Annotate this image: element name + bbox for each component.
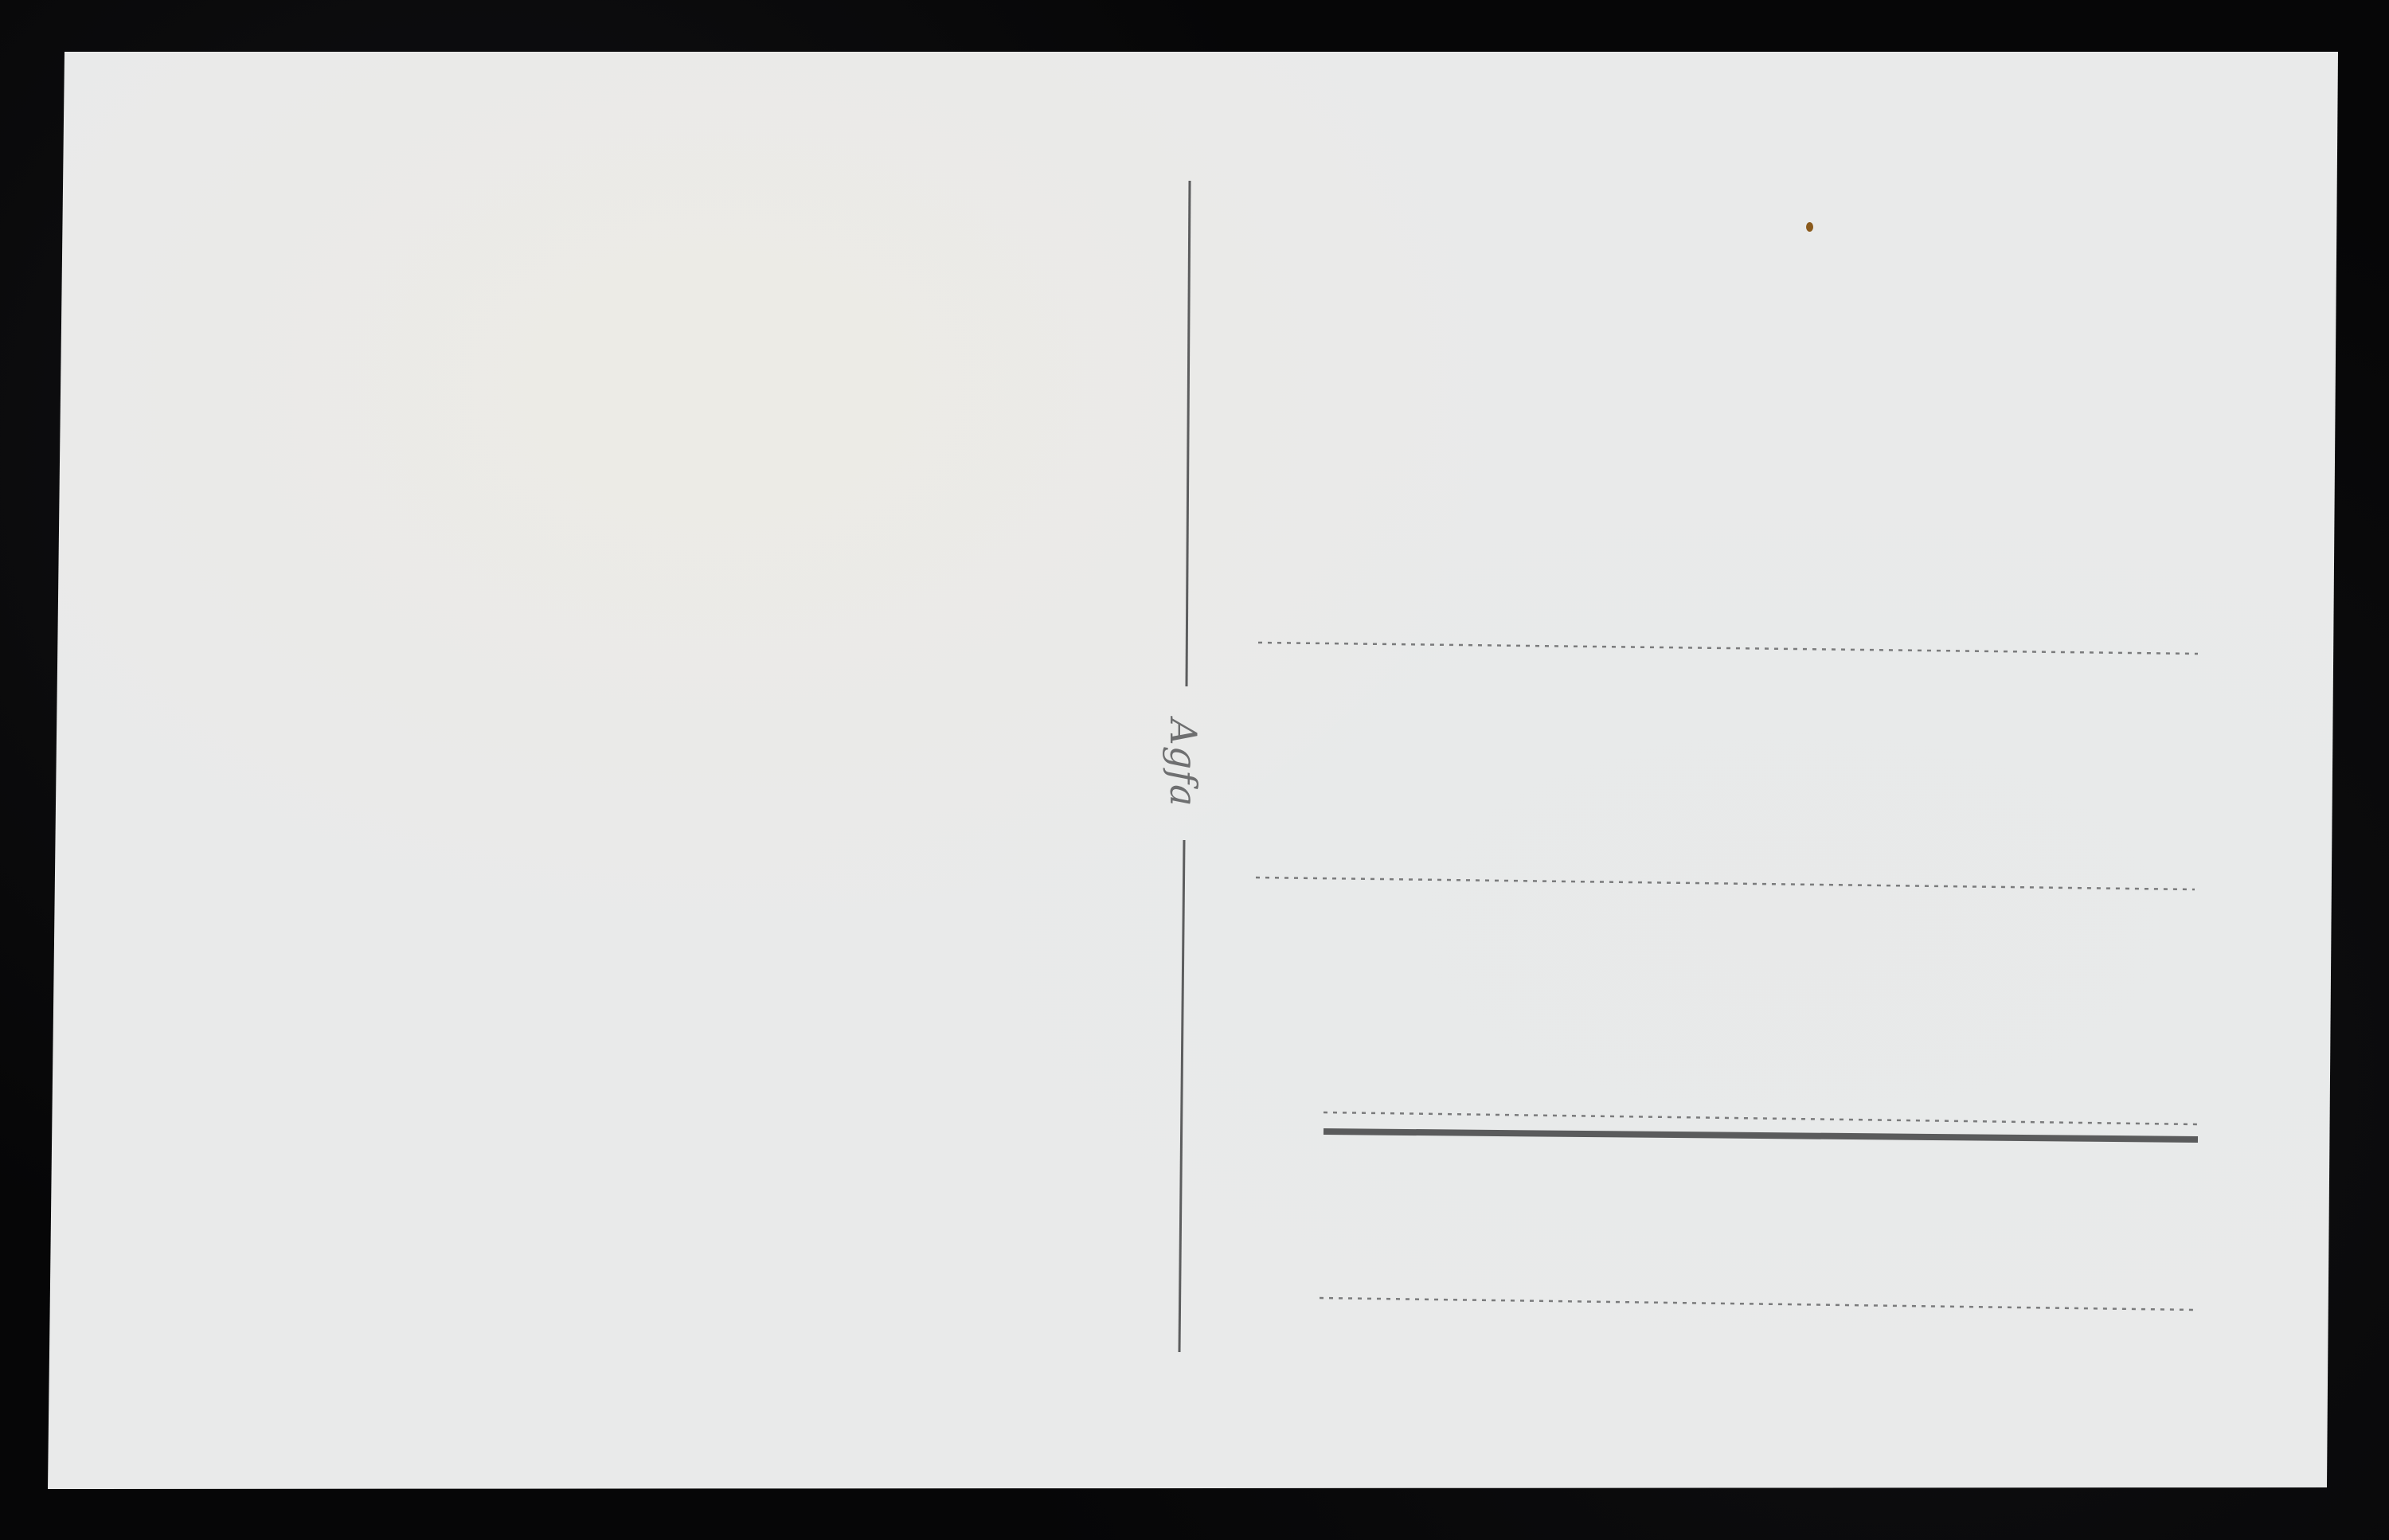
address-line-1 <box>1258 643 2198 654</box>
paper-speck <box>1806 222 1813 232</box>
divider-line-lower <box>1179 840 1184 1352</box>
divider-line-upper <box>1187 181 1190 686</box>
brand-label-agfa: Agfa <box>1162 718 1205 807</box>
address-line-2 <box>1256 877 2195 889</box>
address-line-4 <box>1320 1298 2195 1310</box>
address-underline-thick <box>1324 1132 2198 1139</box>
address-line-3 <box>1324 1112 2198 1124</box>
